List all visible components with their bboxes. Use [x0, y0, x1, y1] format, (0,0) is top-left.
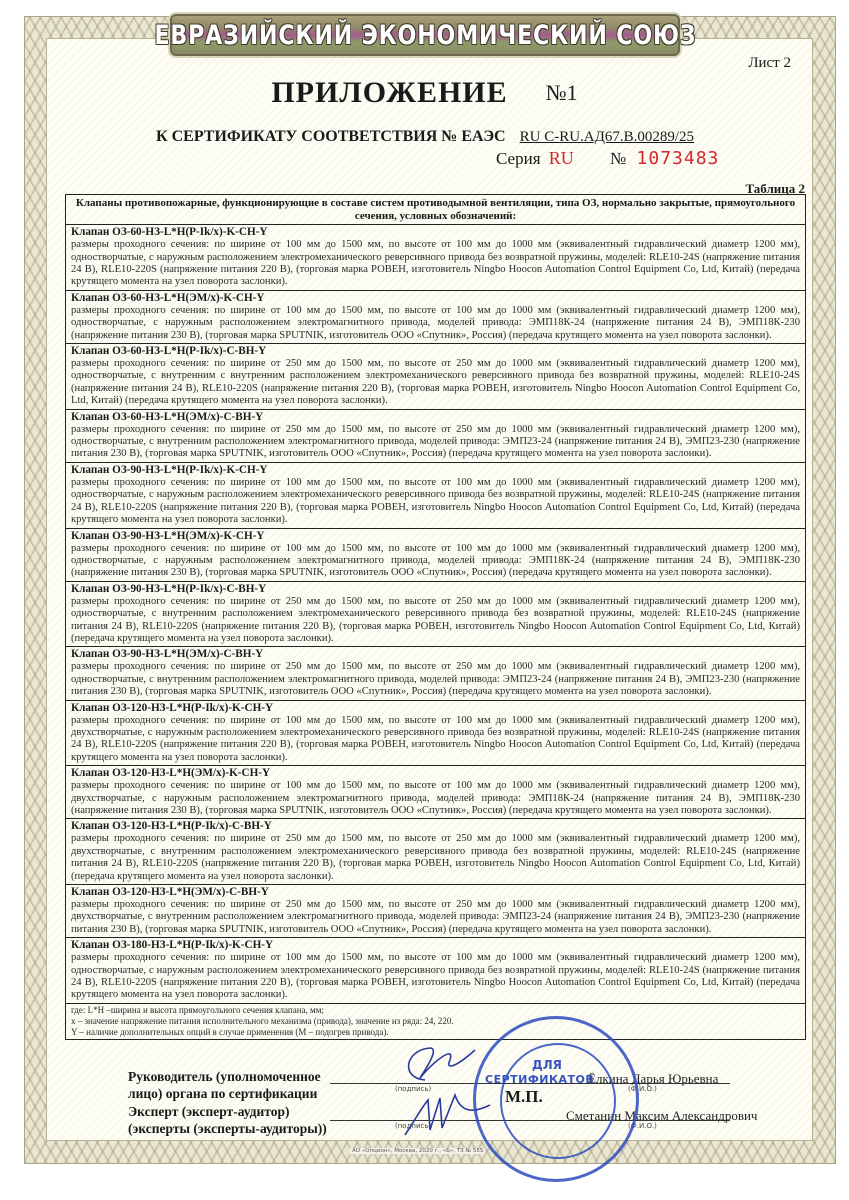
table-row: Клапан ОЗ-90-НЗ-L*H(ЭМ/x)-K-CH-Yразмеры … [66, 529, 805, 582]
stamp-text-mid: СЕРТИФИКАТОВ [485, 1073, 594, 1086]
valve-description: размеры проходного сечения: по ширине от… [71, 780, 800, 817]
table-row: Клапан ОЗ-120-НЗ-L*H(ЭМ/x)-K-CH-Yразмеры… [66, 766, 805, 819]
valve-name: Клапан ОЗ-120-НЗ-L*H(ЭМ/x)-K-CH-Y [71, 767, 800, 780]
printer-imprint: АО «Опцион», Москва, 2020 г., «Б», ТЗ № … [350, 1148, 485, 1154]
table-row: Клапан ОЗ-120-НЗ-L*H(P-Ik/x)-C-BH-Yразме… [66, 819, 805, 885]
table-row: Клапан ОЗ-90-НЗ-L*H(P-Ik/x)-C-BH-Yразмер… [66, 582, 805, 648]
note-line: Y – наличие дополнительных опций в случа… [71, 1027, 800, 1038]
appendix-number: №1 [546, 80, 578, 105]
organization-stamp-icon [473, 1016, 639, 1182]
valve-name: Клапан ОЗ-120-НЗ-L*H(P-Ik/x)-K-CH-Y [71, 702, 800, 715]
valve-description: размеры проходного сечения: по ширине от… [71, 477, 800, 527]
valve-name: Клапан ОЗ-180-НЗ-L*H(P-Ik/x)-K-CH-Y [71, 939, 800, 952]
valve-name: Клапан ОЗ-90-НЗ-L*H(P-Ik/x)-C-BH-Y [71, 583, 800, 596]
title-row: ПРИЛОЖЕНИЕ №1 [0, 76, 849, 110]
valve-name: Клапан ОЗ-90-НЗ-L*H(P-Ik/x)-K-CH-Y [71, 464, 800, 477]
table-notes: где: L*H –ширина и высота прямоугольного… [66, 1004, 805, 1039]
expert-label-line2: (эксперты (эксперты-аудиторы)) [128, 1120, 327, 1137]
head-signature-icon [395, 1040, 485, 1090]
head-label: Руководитель (уполномоченное лицо) орган… [128, 1068, 321, 1102]
table-row: Клапан ОЗ-180-НЗ-L*H(P-Ik/x)-K-CH-Yразме… [66, 938, 805, 1004]
table-row: Клапан ОЗ-120-НЗ-L*H(ЭМ/x)-C-BH-Yразмеры… [66, 885, 805, 938]
blank-number: 1073483 [637, 148, 720, 169]
valve-description: размеры проходного сечения: по ширине от… [71, 596, 800, 646]
table-row: Клапан ОЗ-60-НЗ-L*H(ЭМ/x)-K-CH-Yразмеры … [66, 291, 805, 344]
valve-name: Клапан ОЗ-60-НЗ-L*H(P-Ik/x)-K-CH-Y [71, 226, 800, 239]
sheet-number: Лист 2 [748, 55, 791, 72]
table-row: Клапан ОЗ-60-НЗ-L*H(P-Ik/x)-C-BH-Yразмер… [66, 344, 805, 410]
table-row: Клапан ОЗ-60-НЗ-L*H(P-Ik/x)-K-CH-Yразмер… [66, 225, 805, 291]
table-header: Клапаны противопожарные, функционирующие… [66, 195, 805, 225]
table-row: Клапан ОЗ-60-НЗ-L*H(ЭМ/x)-C-BH-Yразмеры … [66, 410, 805, 463]
valve-description: размеры проходного сечения: по ширине от… [71, 661, 800, 698]
valve-name: Клапан ОЗ-120-НЗ-L*H(ЭМ/x)-C-BH-Y [71, 886, 800, 899]
series-label: Серия [496, 149, 541, 168]
valve-name: Клапан ОЗ-90-НЗ-L*H(ЭМ/x)-K-CH-Y [71, 530, 800, 543]
expert-label: Эксперт (эксперт-аудитор) (эксперты (экс… [128, 1103, 327, 1137]
head-label-line1: Руководитель (уполномоченное [128, 1068, 321, 1085]
valve-description: размеры проходного сечения: по ширине от… [71, 715, 800, 765]
certificate-label: К СЕРТИФИКАТУ СООТВЕТСТВИЯ № ЕАЭС [156, 128, 506, 145]
valve-description: размеры проходного сечения: по ширине от… [71, 952, 800, 1002]
valve-description: размеры проходного сечения: по ширине от… [71, 424, 800, 461]
series-value: RU [549, 148, 574, 168]
eaeu-banner: ЕВРАЗИЙСКИЙ ЭКОНОМИЧЕСКИЙ СОЮЗ [170, 14, 680, 56]
series-line: Серия RU № 1073483 [496, 148, 719, 169]
stamp-text-top: ДЛЯ [532, 1058, 562, 1072]
valve-description: размеры проходного сечения: по ширине от… [71, 543, 800, 580]
page-title: ПРИЛОЖЕНИЕ [271, 76, 507, 109]
note-line: х – значение напряжение питания исполнит… [71, 1016, 800, 1027]
blank-number-label: № [610, 149, 626, 168]
valve-name: Клапан ОЗ-60-НЗ-L*H(ЭМ/x)-C-BH-Y [71, 411, 800, 424]
table-row: Клапан ОЗ-90-НЗ-L*H(P-Ik/x)-K-CH-Yразмер… [66, 463, 805, 529]
table-row: Клапан ОЗ-90-НЗ-L*H(ЭМ/x)-C-BH-Yразмеры … [66, 647, 805, 700]
seal-label: М.П. [505, 1087, 543, 1107]
banner-text: ЕВРАЗИЙСКИЙ ЭКОНОМИЧЕСКИЙ СОЮЗ [154, 20, 696, 51]
valve-name: Клапан ОЗ-90-НЗ-L*H(ЭМ/x)-C-BH-Y [71, 648, 800, 661]
valve-name: Клапан ОЗ-60-НЗ-L*H(P-Ik/x)-C-BH-Y [71, 345, 800, 358]
valve-name: Клапан ОЗ-120-НЗ-L*H(P-Ik/x)-C-BH-Y [71, 820, 800, 833]
valve-description: размеры проходного сечения: по ширине от… [71, 239, 800, 289]
expert-label-line1: Эксперт (эксперт-аудитор) [128, 1103, 327, 1120]
head-label-line2: лицо) органа по сертификации [128, 1085, 321, 1102]
valve-description: размеры проходного сечения: по ширине от… [71, 358, 800, 408]
table-row: Клапан ОЗ-120-НЗ-L*H(P-Ik/x)-K-CH-Yразме… [66, 701, 805, 767]
valve-description: размеры проходного сечения: по ширине от… [71, 833, 800, 883]
valves-table: Клапаны противопожарные, функционирующие… [65, 194, 806, 1040]
certificate-line: К СЕРТИФИКАТУ СООТВЕТСТВИЯ № ЕАЭС RU C-R… [156, 128, 694, 146]
valve-name: Клапан ОЗ-60-НЗ-L*H(ЭМ/x)-K-CH-Y [71, 292, 800, 305]
note-line: где: L*H –ширина и высота прямоугольного… [71, 1005, 800, 1016]
certificate-number: RU C-RU.АД67.В.00289/25 [520, 129, 694, 145]
valve-description: размеры проходного сечения: по ширине от… [71, 305, 800, 342]
valve-description: размеры проходного сечения: по ширине от… [71, 899, 800, 936]
